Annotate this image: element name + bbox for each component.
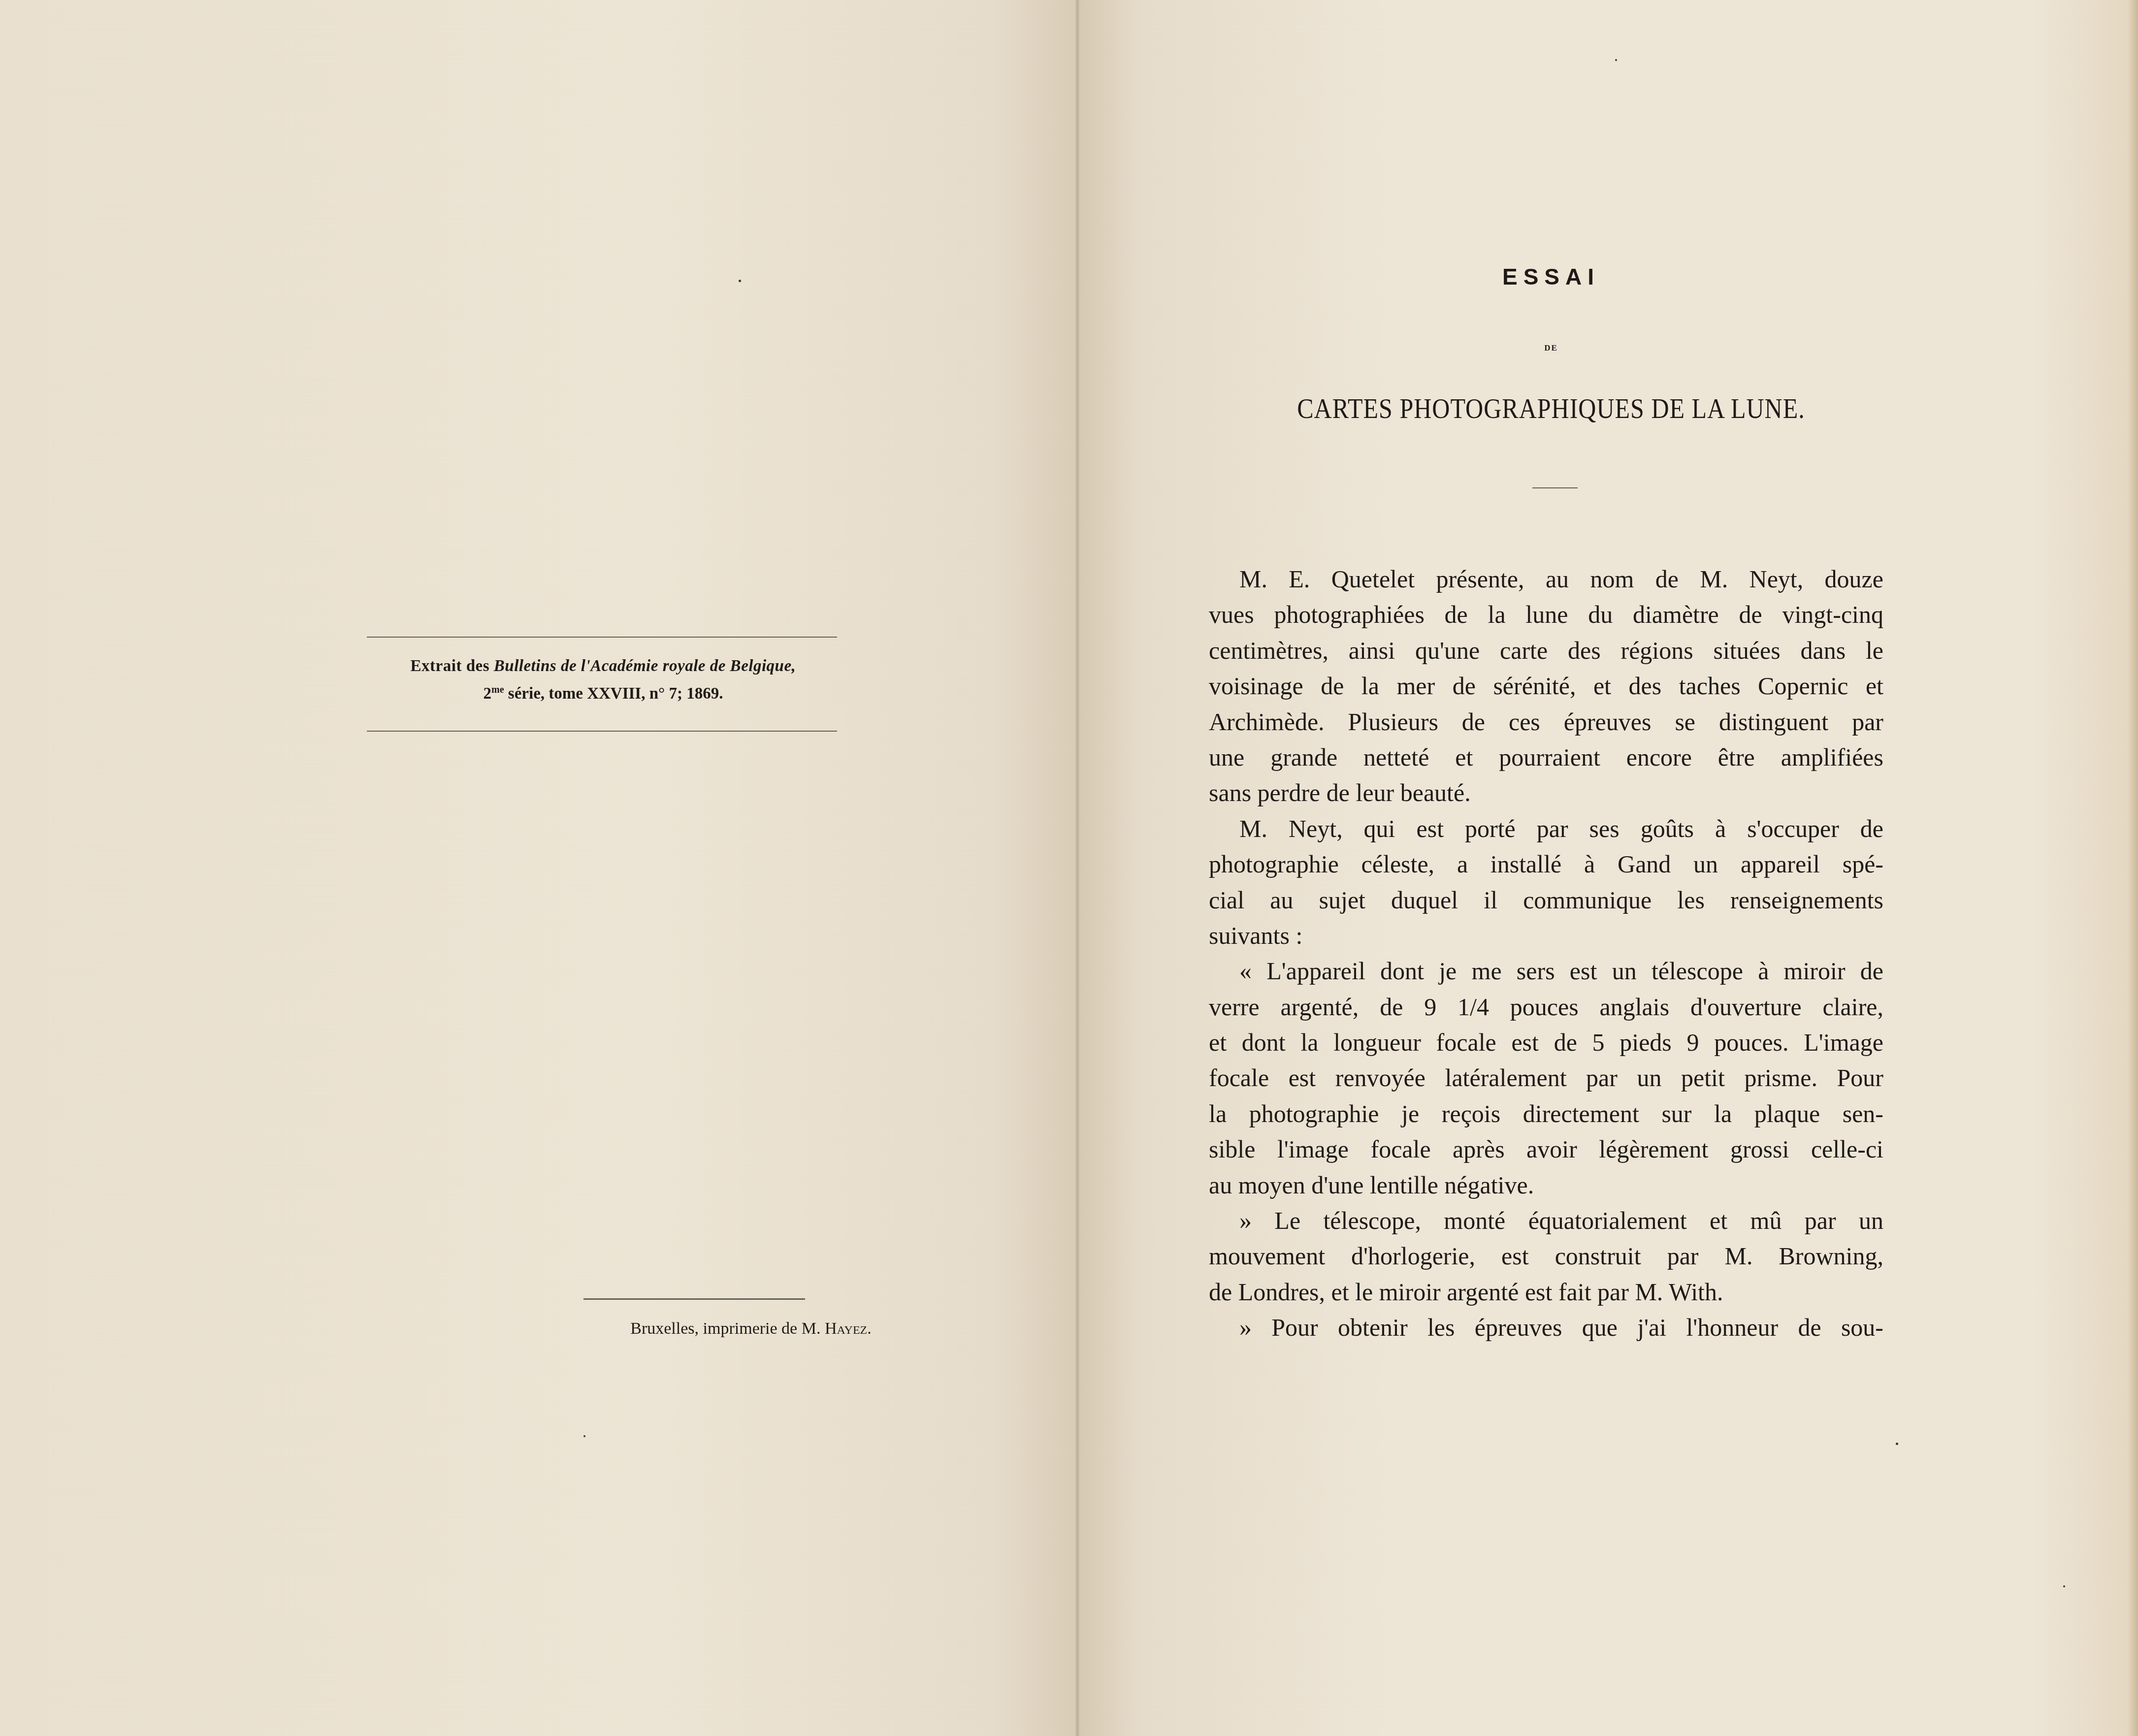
body-line: de Londres, et le miroir argenté est fai… [1209,1274,1883,1310]
body-line: photographie céleste, a installé à Gand … [1209,846,1883,882]
body-line: Archimède. Plusieurs de ces épreuves se … [1209,704,1883,739]
left-page: Extrait des Bulletins de l'Académie roya… [0,0,1078,1736]
body-text: M. E. Quetelet présente, au nom de M. Ne… [1209,561,1883,1346]
body-line: » Pour obtenir les épreuves que j'ai l'h… [1209,1310,1883,1345]
printer-imprint: Bruxelles, imprimerie de M. Hayez. [583,1319,918,1338]
body-line: sans perdre de leur beauté. [1209,775,1883,810]
body-line: voisinage de la mer de sérénité, et des … [1209,668,1883,704]
body-line: focale est renvoyée latéralement par un … [1209,1060,1883,1095]
journal-title: Bulletins de l'Académie royale de Belgiq… [494,657,796,675]
title-main: CARTES PHOTOGRAPHIQUES DE LA LUNE. [1211,392,1891,425]
body-line: verre argenté, de 9 1/4 pouces anglais d… [1209,989,1883,1025]
imprint-rule [583,1298,805,1300]
body-line: cial au sujet duquel il communique les r… [1209,882,1883,918]
paper-speck [2063,1585,2065,1587]
body-line: mouvement d'horlogerie, est construit pa… [1209,1238,1883,1274]
extract-prefix: Extrait des [411,657,494,675]
body-line: M. E. Quetelet présente, au nom de M. Ne… [1209,561,1883,597]
series-superscript: me [491,684,504,695]
extract-notice-line2: 2me série, tome XXVIII, n° 7; 1869. [367,684,840,703]
body-line: vues photographiées de la lune du diamèt… [1209,597,1883,632]
top-rule [367,637,837,638]
title-de: DE [1329,343,1773,353]
body-line: au moyen d'une lentille négative. [1209,1167,1883,1203]
body-line: » Le télescope, monté équatorialement et… [1209,1203,1883,1238]
book-gutter [1075,0,1080,1736]
body-line: suivants : [1209,918,1883,953]
bottom-rule [367,731,837,732]
paper-speck [1615,59,1617,61]
body-line: « L'appareil dont je me sers est un téle… [1209,953,1883,989]
title-essai: ESSAI [1329,263,1773,290]
series-volume-info: série, tome XXVIII, n° 7; 1869. [504,685,723,703]
printer-name: Hayez. [825,1319,872,1338]
paper-speck [739,280,741,282]
book-spread: Extrait des Bulletins de l'Académie roya… [0,0,2138,1736]
title-separator [1532,487,1578,488]
body-line: la photographie je reçois directement su… [1209,1096,1883,1131]
extract-notice-line1: Extrait des Bulletins de l'Académie roya… [367,657,840,675]
body-line: centimètres, ainsi qu'une carte des régi… [1209,633,1883,668]
paper-speck [583,1435,585,1437]
imprint-prefix: Bruxelles, imprimerie de M. [630,1319,825,1338]
series-number: 2 [484,685,492,703]
body-line: M. Neyt, qui est porté par ses goûts à s… [1209,811,1883,846]
body-line: une grande netteté et pourraient encore … [1209,739,1883,775]
paper-speck [1896,1443,1898,1445]
body-line: et dont la longueur focale est de 5 pied… [1209,1025,1883,1060]
body-line: sible l'image focale après avoir légèrem… [1209,1131,1883,1167]
